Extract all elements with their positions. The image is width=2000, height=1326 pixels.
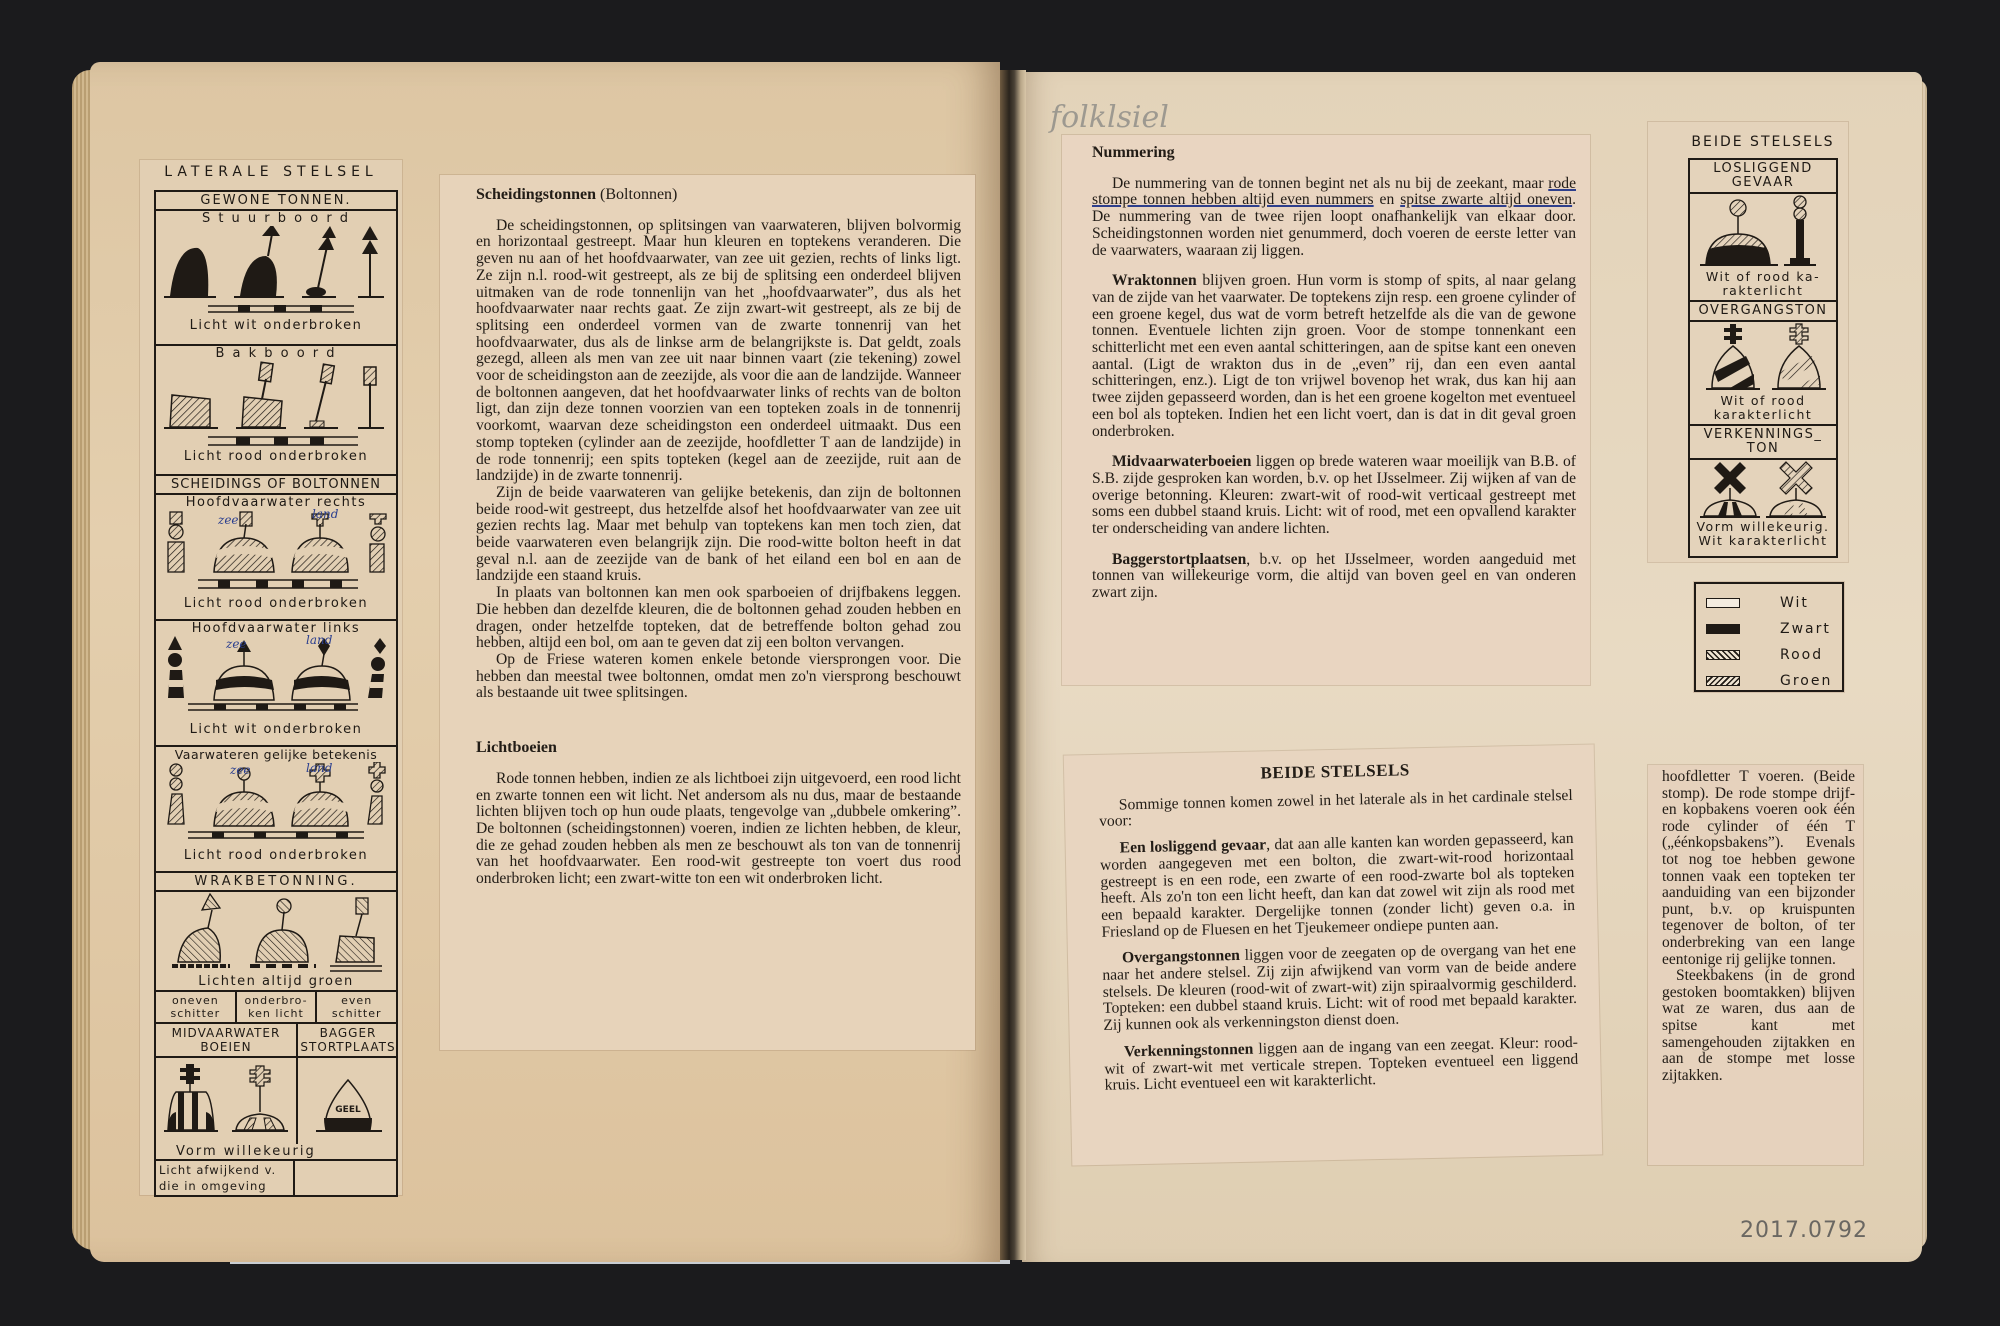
- panel-verkenningston: Vorm willekeurig. Wit karakterlicht: [1690, 460, 1836, 556]
- paragraph: Rode tonnen hebben, indien ze als lichtb…: [476, 771, 961, 888]
- paragraph-intro: Sommige tonnen komen zowel in het latera…: [1099, 788, 1574, 831]
- laterale-stelsel-diagram: LATERALE STELSEL GEWONE TONNEN. S t u u …: [140, 160, 402, 1195]
- article-scheidingstonnen: Scheidingstonnen (Boltonnen) De scheidin…: [440, 175, 975, 1050]
- paragraph: De scheidingstonnen, op splitsingen van …: [476, 218, 961, 485]
- open-book: LATERALE STELSEL GEWONE TONNEN. S t u u …: [0, 0, 2000, 1326]
- legend-item-groen: Groen: [1706, 668, 1842, 694]
- paragraph-wraktonnen: Wraktonnen blijven groen. Hun vorm is st…: [1092, 273, 1576, 440]
- vorm-willekeurig: Vorm willekeurig: [156, 1144, 396, 1161]
- catalog-number: 2017.0792: [1740, 1218, 1868, 1243]
- paragraph-midvaarwater: Midvaarwaterboeien liggen op brede water…: [1092, 454, 1576, 538]
- paragraph: Op de Friese wateren komen enkele betond…: [476, 652, 961, 702]
- paragraph-verkenning: Verkenningstonnen liggen aan de ingang v…: [1104, 1035, 1579, 1095]
- panel-gelijke-betekenis: Vaarwateren gelijke betekenis: [156, 747, 396, 873]
- paragraph-nummering: De nummering van de tonnen begint net al…: [1092, 176, 1576, 260]
- paragraph: Steekbakens (in de grond gestoken boomta…: [1662, 968, 1855, 1084]
- section-midvaarwater: MIDVAARWATER BOEIEN: [156, 1024, 296, 1058]
- licht-afwijkend: Licht afwijkend v. die in omgeving: [156, 1161, 293, 1195]
- wrak-light-types: oneven schitter onderbro- ken licht even…: [156, 992, 396, 1024]
- black-swatch-icon: [1706, 624, 1740, 634]
- panel-losliggend: Wit of rood ka- rakterlicht: [1690, 194, 1836, 302]
- diagram-title: LATERALE STELSEL: [140, 164, 402, 180]
- bakboord-buoys-icon: [158, 361, 394, 449]
- overgangston-icon: [1690, 322, 1836, 394]
- red-hatch-swatch-icon: [1706, 650, 1740, 660]
- pencil-annotation: folklsiel: [1050, 100, 1169, 135]
- geel-label: GEEL: [335, 1105, 361, 1115]
- panel-wrak: Lichten altijd groen: [156, 892, 396, 992]
- legend-item-wit: Wit: [1706, 590, 1842, 616]
- heading-nummering: Nummering: [1092, 145, 1576, 162]
- handwritten-land-2: land: [306, 633, 332, 647]
- panel-bakboord: B a k b o o r d: [156, 346, 396, 476]
- midvaarwater-buoys-icon: [156, 1058, 296, 1140]
- article-lichtboeien: Lichtboeien Rode tonnen hebben, indien z…: [476, 740, 961, 888]
- section-gewone-tonnen: GEWONE TONNEN.: [156, 192, 396, 211]
- verkenningston-icon: [1690, 460, 1836, 520]
- handwritten-zee-1: zee: [218, 513, 239, 527]
- boltonnen-rechts-icon: [158, 510, 394, 596]
- green-hatch-swatch-icon: [1706, 676, 1740, 686]
- wrak-even: even schitter: [315, 992, 396, 1022]
- losliggend-gevaar-icon: [1690, 194, 1836, 270]
- beide-stelsels-diagram: BEIDE STELSELS LOSLIGGEND GEVAAR: [1648, 122, 1848, 562]
- legend-item-zwart: Zwart: [1706, 616, 1842, 642]
- baggerstortplaats-buoy-icon: GEEL: [298, 1058, 398, 1140]
- diagram-title: BEIDE STELSELS: [1648, 134, 1848, 150]
- panel-overgangston: Wit of rood karakterlicht: [1690, 322, 1836, 426]
- stuurboord-buoys-icon: [158, 226, 394, 318]
- heading-beide-stelsels: BEIDE STELSELS: [1098, 759, 1572, 786]
- panel-hoofdvaarwater-links: Hoofdvaarwater links: [156, 621, 396, 747]
- boltonnen-gelijk-icon: [158, 762, 394, 848]
- paragraph: In plaats van boltonnen kan men ook spar…: [476, 585, 961, 652]
- section-losliggend: LOSLIGGEND GEVAAR: [1690, 160, 1836, 194]
- wrak-oneven: oneven schitter: [156, 992, 235, 1022]
- handwritten-zee-2: zee: [226, 637, 247, 651]
- section-bagger: BAGGER STORTPLAATS: [298, 1024, 398, 1058]
- handwritten-land-3: land: [306, 761, 332, 775]
- section-wrakbetonning: WRAKBETONNING.: [156, 873, 396, 892]
- diagram-grid: GEWONE TONNEN. S t u u r b o o r d: [154, 190, 398, 1197]
- section-verkenningston: VERKENNINGS_ TON: [1690, 426, 1836, 460]
- paragraph-overgang: Overgangstonnen liggen voor de zeegaten …: [1102, 941, 1578, 1034]
- legend-item-rood: Rood: [1706, 642, 1842, 668]
- article-continuation: hoofdletter T voeren. (Beide stomp). De …: [1648, 765, 1863, 1165]
- midvaar-bagger-row: MIDVAARWATER BOEIEN: [156, 1024, 396, 1144]
- handwritten-land-1: land: [312, 507, 338, 521]
- boltonnen-links-icon: [158, 636, 394, 722]
- white-swatch-icon: [1706, 598, 1740, 608]
- section-scheidings: SCHEIDINGS OF BOLTONNEN: [156, 476, 396, 495]
- handwritten-zee-3: zee: [230, 763, 251, 777]
- paragraph: hoofdletter T voeren. (Beide stomp). De …: [1662, 769, 1855, 968]
- section-overgangston: OVERGANGSTON: [1690, 302, 1836, 322]
- paragraph-bagger: Baggerstortplaatsen, b.v. op het IJsselm…: [1092, 552, 1576, 602]
- panel-hoofdvaarwater-rechts: Hoofdvaarwater rechts: [156, 495, 396, 621]
- wrak-buoys-icon: [158, 892, 394, 974]
- panel-stuurboord: S t u u r b o o r d: [156, 211, 396, 346]
- book-spine: [1000, 70, 1026, 1260]
- heading-lichtboeien: Lichtboeien: [476, 740, 961, 757]
- article-nummering: Nummering De nummering van de tonnen beg…: [1062, 135, 1590, 685]
- paragraph-losliggend: Een losliggend gevaar, dat aan alle kant…: [1100, 831, 1576, 941]
- article-beide-stelsels: BEIDE STELSELS Sommige tonnen komen zowe…: [1064, 744, 1602, 1165]
- heading-scheidingstonnen: Scheidingstonnen (Boltonnen): [476, 187, 961, 204]
- color-legend: Wit Zwart Rood Groen: [1694, 582, 1844, 692]
- paragraph: Zijn de beide vaarwateren van gelijke be…: [476, 485, 961, 585]
- wrak-onderbroken: onderbro- ken licht: [235, 992, 316, 1022]
